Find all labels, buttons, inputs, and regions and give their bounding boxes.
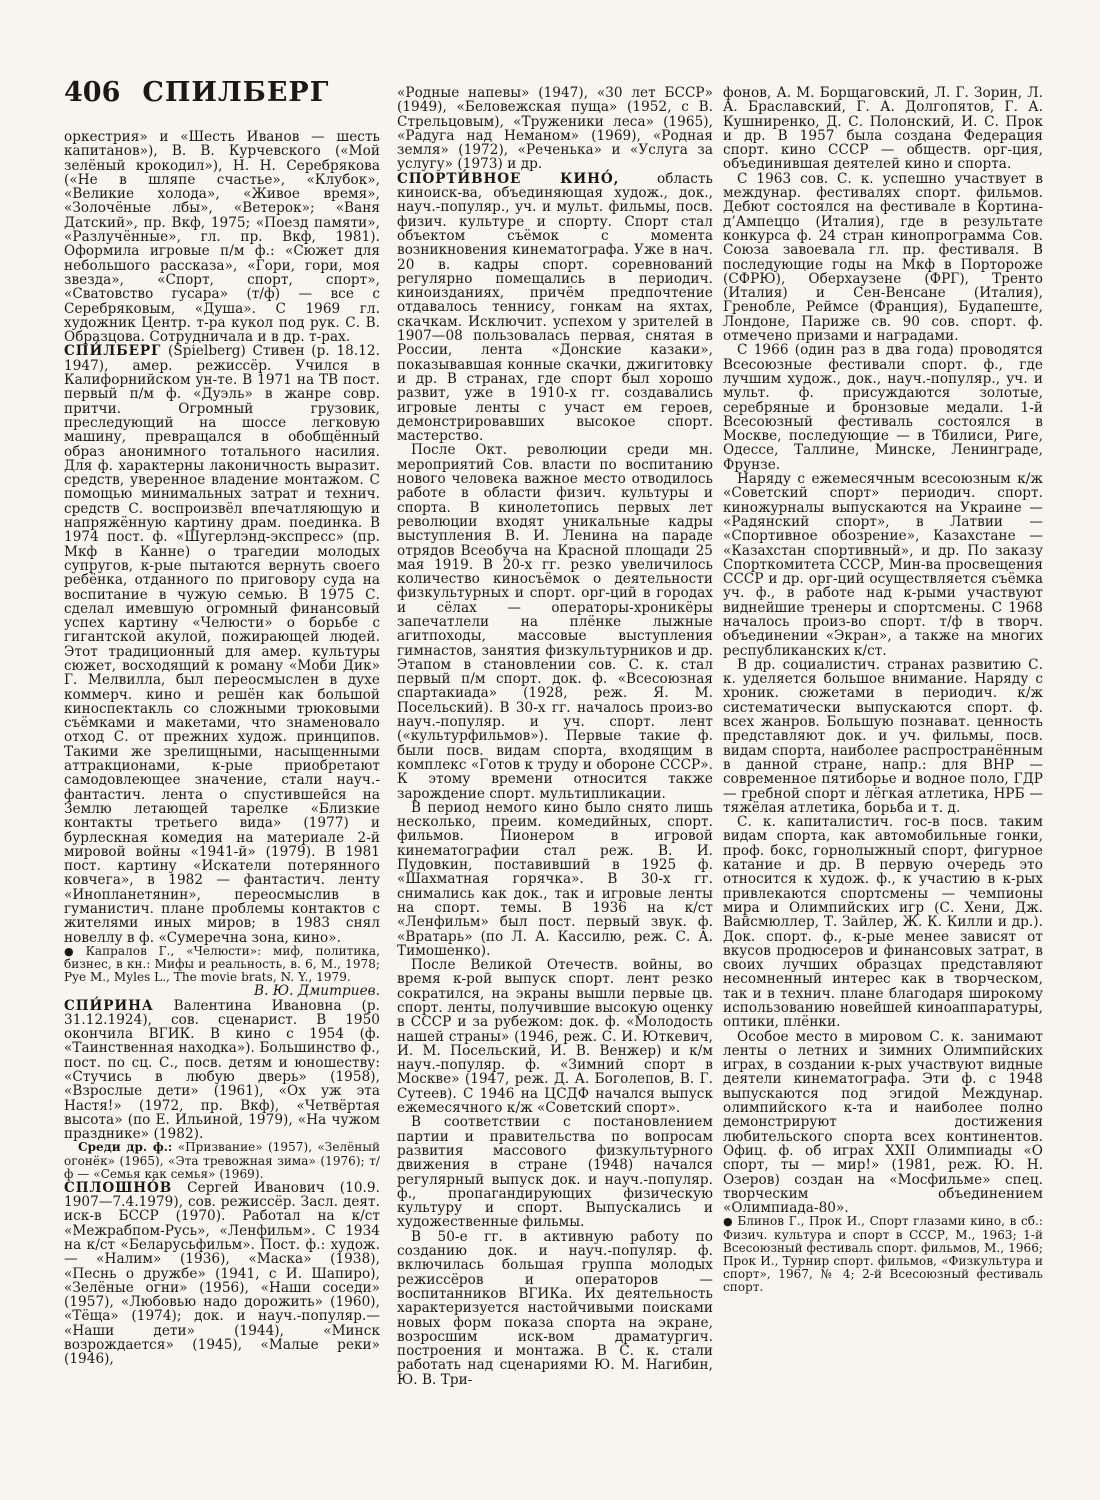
entry-spielberg: СПИ́ЛБЕРГ (Spielberg) Стивен (р. 18.12. … xyxy=(64,344,380,944)
entry-sploshnov: СПЛОШНО́В Сергей Иванович (10.9. 1907—7.… xyxy=(64,1181,380,1367)
column-3: фонов, А. М. Борщаговский, Л. Г. Зорин, … xyxy=(723,86,1043,1414)
bibliography-sport-cinema: ●Блинов Г., Прок И., Спорт глазами кино,… xyxy=(723,1215,1043,1294)
running-header: 406 СПИЛБЕРГ xyxy=(64,78,329,108)
page-number: 406 xyxy=(64,78,120,108)
author-signature: В. Ю. Дмитриев. xyxy=(64,984,380,998)
sploshnov-continuation: «Родные напевы» (1947), «30 лет БССР» (1… xyxy=(397,86,713,172)
paragraph-capitalist-countries: С. к. капиталистич. гос-в посв. таким ви… xyxy=(723,815,1043,1029)
entry-sport-cinema: СПОРТИ́ВНОЕ КИНО́, область киноиск-ва, о… xyxy=(397,172,713,444)
bibliography-spielberg: ●Капралов Г., «Челюсти»: миф, политика, … xyxy=(64,945,380,984)
paragraph-resolution-1948: В соответствии с постановлением партии и… xyxy=(397,1115,713,1229)
running-head-title: СПИЛБЕРГ xyxy=(142,78,329,108)
filmography-lead: Среди др. ф.: xyxy=(78,1140,172,1154)
sport-cinema-continuation: фонов, А. М. Борщаговский, Л. Г. Зорин, … xyxy=(723,86,1043,172)
column-1: оркестрия» и «Шесть Иванов — шесть капит… xyxy=(64,130,380,1414)
column-2: «Родные напевы» (1947), «30 лет БССР» (1… xyxy=(397,86,713,1414)
bibliography-bullet-icon: ● xyxy=(64,945,82,958)
filmography-spirina: Среди др. ф.: «Призвание» (1957), «Зелён… xyxy=(64,1141,380,1180)
paragraph-festivals-1966: С 1966 (один раз в два года) проводятся … xyxy=(723,343,1043,472)
paragraph-after-war: После Великой Отечеств. войны, во время … xyxy=(397,958,713,1115)
paragraph-festivals-1963: С 1963 сов. С. к. успешно участвует в ме… xyxy=(723,172,1043,344)
entry-spirina: СПИ́РИНА Валентина Ивановна (р. 31.12.19… xyxy=(64,999,380,1142)
bibliography-bullet-icon: ● xyxy=(723,1215,733,1228)
encyclopedia-page: 406 СПИЛБЕРГ оркестрия» и «Шесть Иванов … xyxy=(0,0,1100,1500)
paragraph-fifties: В 50-е гг. в активную работу по созданию… xyxy=(397,1230,713,1387)
paragraph-silent-era: В период немого кино было снято лишь нес… xyxy=(397,801,713,958)
paragraph-after-october: После Окт. революции среди мн. мероприят… xyxy=(397,443,713,800)
paragraph-newsreels: Наряду с ежемесячным всесоюзным к/ж «Сов… xyxy=(723,472,1043,658)
article-continuation: оркестрия» и «Шесть Иванов — шесть капит… xyxy=(64,130,380,344)
paragraph-olympic-films: Особое место в мировом С. к. занимают ле… xyxy=(723,1030,1043,1216)
paragraph-socialist-countries: В др. социалистич. странах развитию С. к… xyxy=(723,658,1043,815)
